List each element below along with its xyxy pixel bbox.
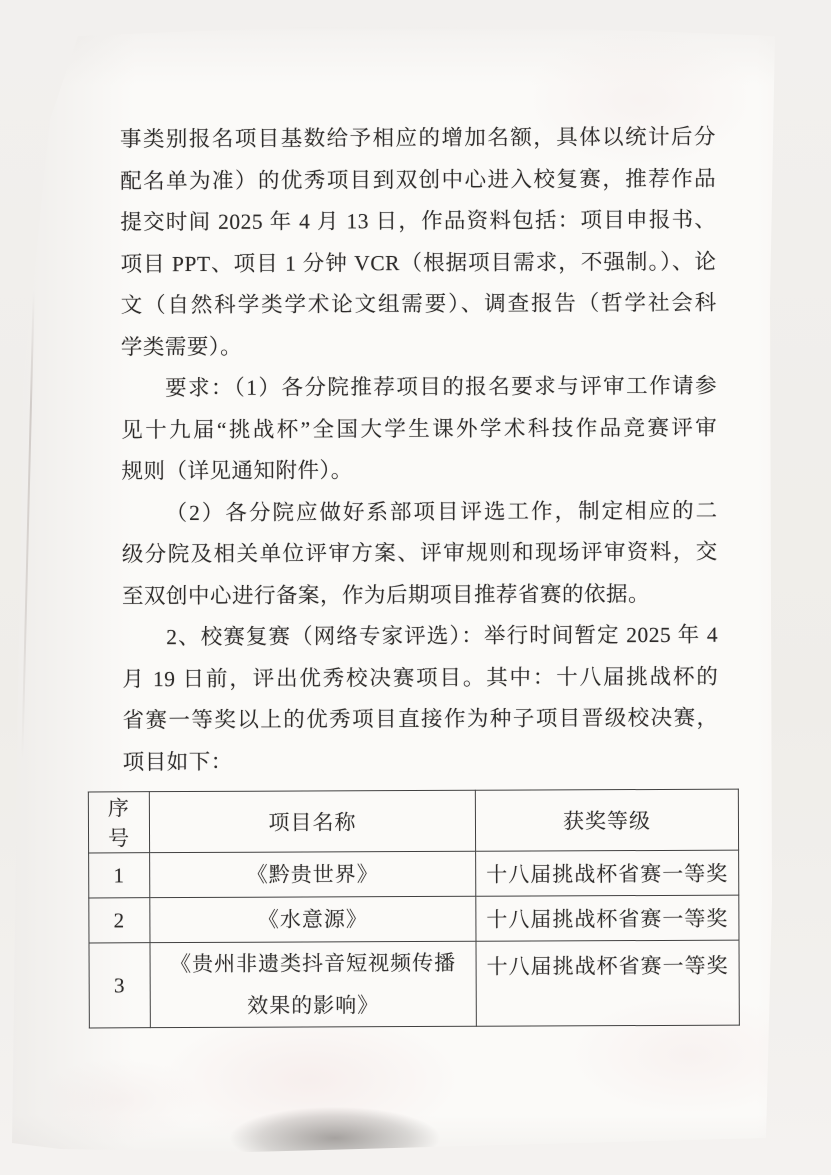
- text-line: 省赛一等奖以上的优秀项目直接作为种子项目晋级校决赛，: [122, 698, 718, 742]
- col-header-index: 序号: [88, 792, 149, 853]
- text-line: 规则（详见通知附件）。: [121, 449, 717, 493]
- notice-body-text: 事类别报名项目基数给予相应的增加名额，具体以统计后分 配名单为准）的优秀项目到双…: [120, 117, 719, 784]
- text-line: 学类需要）。: [121, 324, 717, 368]
- col-header-project-name: 项目名称: [149, 790, 475, 852]
- cell-award-level: 十八届挑战杯省赛一等奖: [476, 895, 739, 941]
- table-row: 2 《水意源》 十八届挑战杯省赛一等奖: [89, 895, 739, 943]
- text-line: 级分院及相关单位评审方案、评审规则和现场评审资料，交: [122, 532, 718, 576]
- scanned-page: 事类别报名项目基数给予相应的增加名额，具体以统计后分 配名单为准）的优秀项目到双…: [0, 0, 831, 1175]
- text-line: 要求：（1）各分院推荐项目的报名要求与评审工作请参: [121, 366, 717, 410]
- text-line: （2）各分院应做好系部项目评选工作，制定相应的二: [122, 490, 718, 534]
- page-content: 事类别报名项目基数给予相应的增加名额，具体以统计后分 配名单为准）的优秀项目到双…: [0, 0, 831, 1175]
- table-row: 3 《贵州非遗类抖音短视频传播效果的影响》 十八届挑战杯省赛一等奖: [89, 940, 739, 1028]
- cell-index: 1: [89, 853, 150, 898]
- text-line: 见十九届“挑战杯”全国大学生课外学术科技作品竞赛评审: [121, 407, 717, 451]
- scan-background: 事类别报名项目基数给予相应的增加名额，具体以统计后分 配名单为准）的优秀项目到双…: [0, 0, 831, 1175]
- seed-projects-table: 序号 项目名称 获奖等级 1 《黔贵世界》 十八届挑战杯省赛一等奖 2 《水意源…: [88, 789, 740, 1029]
- text-line: 至双创中心进行备案，作为后期项目推荐省赛的依据。: [122, 573, 718, 617]
- text-line: 提交时间 2025 年 4 月 13 日，作品资料包括：项目申报书、: [120, 200, 716, 244]
- table-row: 1 《黔贵世界》 十八届挑战杯省赛一等奖: [89, 850, 739, 898]
- text-line: 配名单为准）的优秀项目到双创中心进入校复赛，推荐作品: [120, 158, 716, 202]
- cell-award-level: 十八届挑战杯省赛一等奖: [476, 850, 739, 896]
- text-line: 事类别报名项目基数给予相应的增加名额，具体以统计后分: [120, 117, 716, 161]
- cell-award-level: 十八届挑战杯省赛一等奖: [476, 940, 739, 1026]
- cell-project-name: 《水意源》: [150, 896, 476, 942]
- text-line: 2、校赛复赛（网络专家评选）：举行时间暂定 2025 年 4: [122, 615, 718, 659]
- col-header-award-level: 获奖等级: [475, 789, 738, 851]
- text-line: 月 19 日前，评出优秀校决赛项目。其中：十八届挑战杯的: [122, 656, 718, 700]
- text-line: 项目 PPT、项目 1 分钟 VCR（根据项目需求，不强制。）、论: [120, 241, 716, 285]
- cell-index: 2: [89, 898, 150, 943]
- cell-project-name: 《贵州非遗类抖音短视频传播效果的影响》: [150, 941, 476, 1027]
- table-header-row: 序号 项目名称 获奖等级: [88, 789, 738, 853]
- cell-index: 3: [89, 943, 150, 1028]
- text-line: 项目如下：: [123, 739, 719, 783]
- cell-project-name: 《黔贵世界》: [150, 851, 476, 897]
- text-line: 文（自然科学类学术论文组需要）、调查报告（哲学社会科: [121, 283, 717, 327]
